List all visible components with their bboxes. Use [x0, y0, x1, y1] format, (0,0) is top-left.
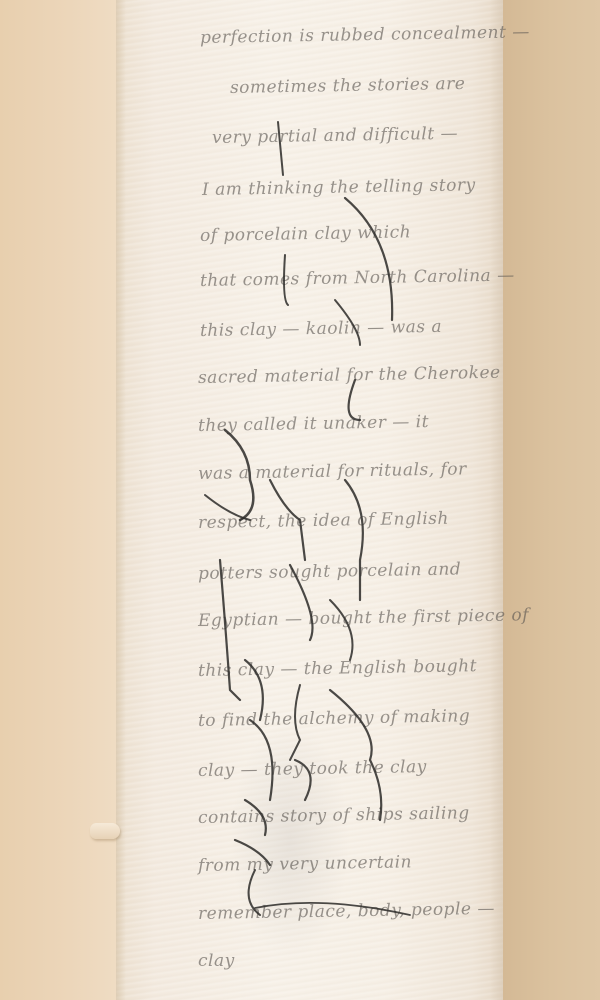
wall-right	[503, 0, 600, 1000]
column-edge-left-shadow	[116, 0, 126, 1000]
handwritten-line: this clay — kaolin — was a	[200, 317, 442, 341]
handwritten-line: very partial and difficult —	[212, 124, 458, 148]
handwritten-line: clay	[198, 951, 235, 971]
handwritten-line: that comes from North Carolina —	[200, 266, 515, 291]
handwritten-line: contains story of ships sailing	[198, 803, 470, 828]
handwritten-line: this clay — the English bought	[198, 656, 477, 681]
handwritten-line: I am thinking the telling story	[202, 175, 476, 200]
handwritten-line: Egyptian — bought the first piece of	[198, 605, 529, 631]
paint-drip	[90, 823, 120, 839]
handwritten-line: clay — they took the clay	[198, 757, 427, 781]
handwritten-line: sometimes the stories are	[230, 74, 466, 98]
handwritten-line: they called it unaker — it	[198, 412, 429, 436]
handwritten-line: respect, the idea of English	[198, 509, 449, 533]
handwritten-text-block: perfection is rubbed concealment —someti…	[190, 0, 480, 1000]
handwritten-line: of porcelain clay which	[200, 222, 411, 246]
wall-left	[0, 0, 116, 1000]
handwritten-line: to find the alchemy of making	[198, 706, 470, 731]
handwritten-line: sacred material for the Cherokee	[198, 363, 501, 388]
column-edge-right-shadow	[490, 0, 503, 1000]
handwritten-line: potters sought porcelain and	[198, 559, 462, 584]
handwritten-line: from my very uncertain	[198, 852, 412, 876]
handwritten-line: remember place, body, people —	[198, 899, 495, 924]
handwritten-line: was a material for rituals, for	[198, 459, 467, 484]
